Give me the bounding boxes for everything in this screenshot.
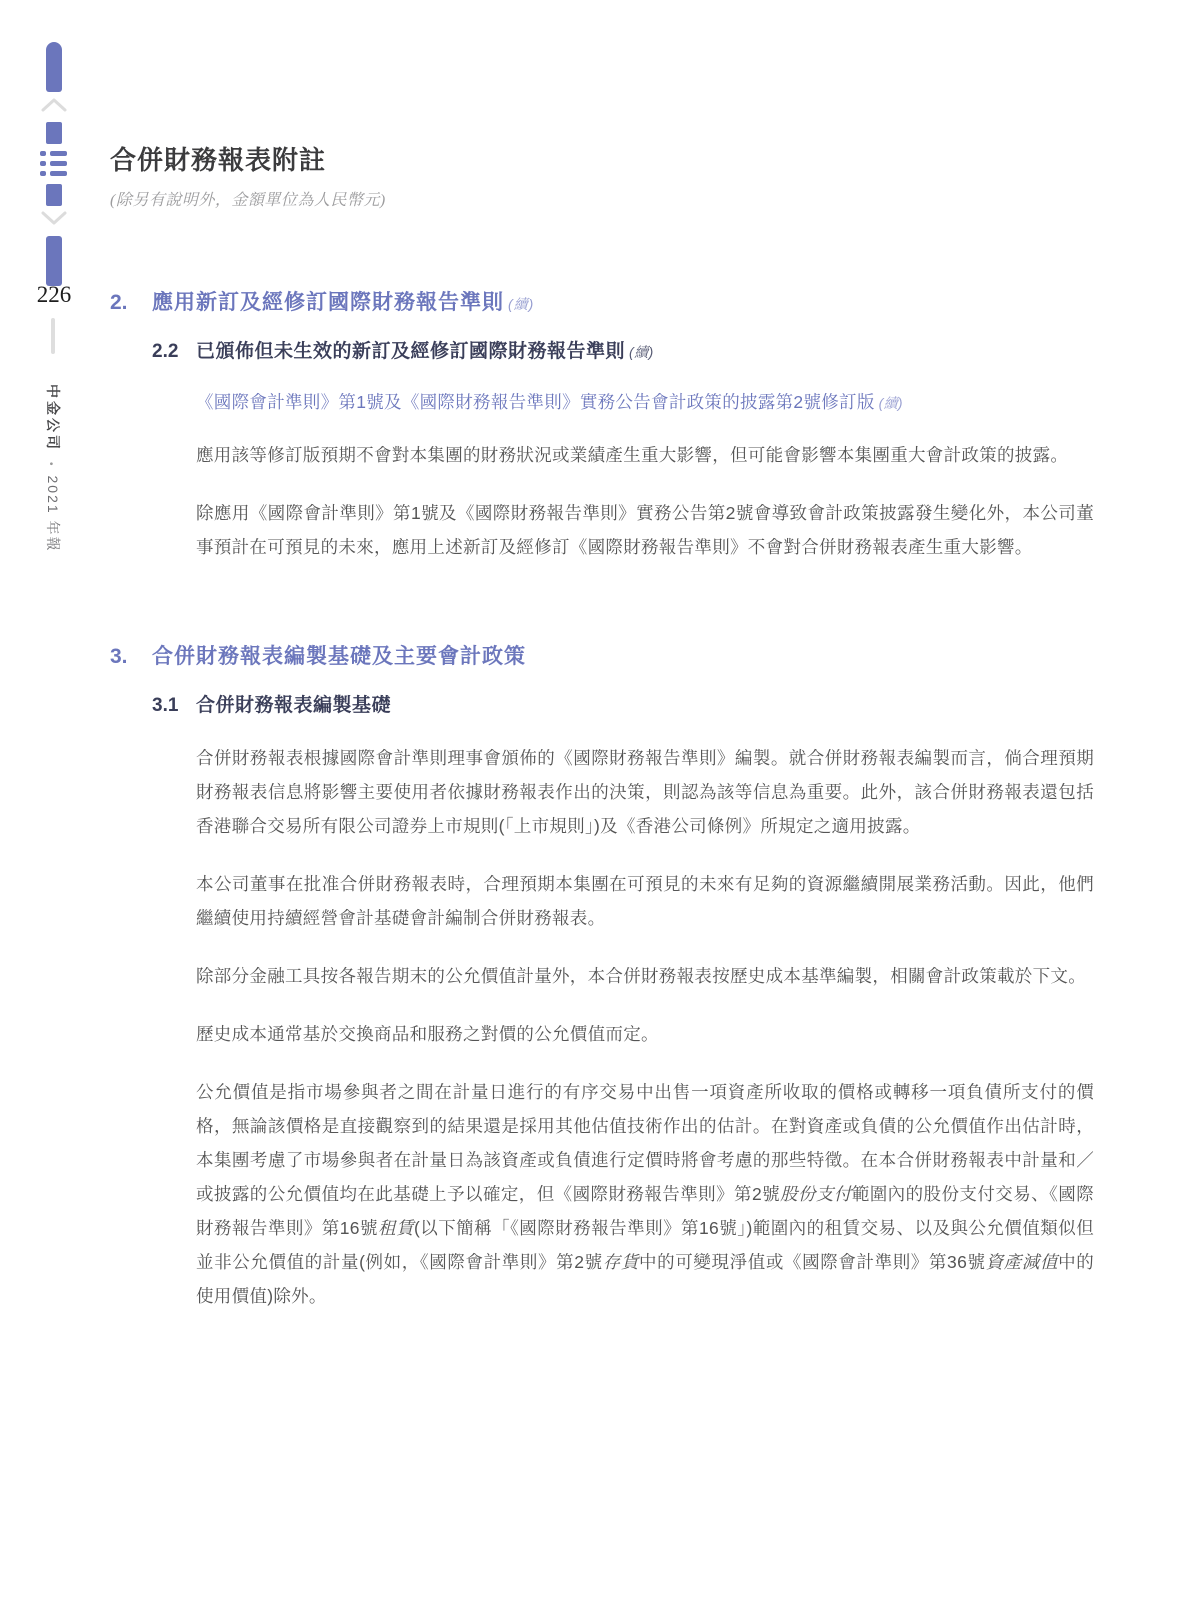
list-icon[interactable] <box>40 151 67 181</box>
paragraph-going-concern: 本公司董事在批准合併財務報表時，合理預期本集團在可預見的未來有足夠的資源繼續開展… <box>196 867 1094 935</box>
subsection-title-text: 已頒佈但未生效的新訂及經修訂國際財務報告準則 <box>196 341 625 362</box>
standard-topic-heading: 《國際會計準則》第1號及《國際財務報告準則》實務公告會計政策的披露第2號修訂版(… <box>196 389 1094 414</box>
continued-marker: (續) <box>629 344 654 360</box>
section-number: 2. <box>110 291 152 315</box>
page-subtitle: (除另有說明外，金額單位為人民幣元) <box>110 187 1094 210</box>
chevron-up-icon[interactable] <box>40 97 68 113</box>
section-2-heading: 2. 應用新訂及經修訂國際財務報告準則(續) <box>110 286 1094 316</box>
subsection-title-text: 合併財務報表編製基礎 <box>196 695 391 716</box>
section-title-text: 應用新訂及經修訂國際財務報告準則 <box>152 291 504 314</box>
section-3-1-heading: 3.1 合併財務報表編製基礎 <box>152 690 1094 717</box>
separator-dot: • <box>45 462 56 466</box>
section-3-heading: 3. 合併財務報表編製基礎及主要會計政策 <box>110 640 1094 670</box>
paragraph-historical-cost-basis: 除部分金融工具按各報告期末的公允價值計量外，本合併財務報表按歷史成本基準編製，相… <box>196 959 1094 993</box>
company-name: 中金公司 <box>45 384 61 452</box>
paragraph-historical-cost-definition: 歷史成本通常基於交換商品和服務之對價的公允價值而定。 <box>196 1017 1094 1051</box>
sidebar-rail: 226 中金公司•2021 年報 <box>0 0 110 1615</box>
subsection-title: 合併財務報表編製基礎 <box>196 690 391 717</box>
section-2-2-heading: 2.2 已頒佈但未生效的新訂及經修訂國際財務報告準則(續) <box>152 336 1094 363</box>
paragraph-directors-expectation: 除應用《國際會計準則》第1號及《國際財務報告準則》實務公告第2號會導致會計政策披… <box>196 496 1094 564</box>
paragraph-fair-value-definition: 公允價值是指市場參與者之間在計量日進行的有序交易中出售一項資產所收取的價格或轉移… <box>196 1075 1094 1313</box>
section-3: 3. 合併財務報表編製基礎及主要會計政策 3.1 合併財務報表編製基礎 合併財務… <box>110 640 1094 1313</box>
chevron-down-icon[interactable] <box>40 210 68 226</box>
section-2: 2. 應用新訂及經修訂國際財務報告準則(續) 2.2 已頒佈但未生效的新訂及經修… <box>110 286 1094 564</box>
standard-topic-title: 《國際會計準則》第1號及《國際財務報告準則》實務公告會計政策的披露第2號修訂版 <box>196 392 875 412</box>
subsection-title: 已頒佈但未生效的新訂及經修訂國際財務報告準則(續) <box>196 336 654 363</box>
subsection-number: 2.2 <box>152 341 196 363</box>
page-title: 合併財務報表附註 <box>110 140 1094 177</box>
list-icon-row <box>40 171 67 176</box>
paragraph-impact: 應用該等修訂版預期不會對本集團的財務狀況或業績產生重大影響，但可能會影響本集團重… <box>196 438 1094 472</box>
continued-marker: (續) <box>879 395 903 411</box>
rail-top-bar <box>46 42 62 92</box>
section-title: 合併財務報表編製基礎及主要會計政策 <box>152 640 526 670</box>
report-vertical-label: 中金公司•2021 年報 <box>41 384 62 553</box>
rail-block-top <box>46 122 62 144</box>
page-header: 合併財務報表附註 (除另有說明外，金額單位為人民幣元) <box>110 140 1094 210</box>
paragraph-preparation-basis: 合併財務報表根據國際會計準則理事會頒佈的《國際財務報告準則》編製。就合併財務報表… <box>196 741 1094 843</box>
section-title: 應用新訂及經修訂國際財務報告準則(續) <box>152 286 534 316</box>
list-icon-row <box>40 161 67 166</box>
subsection-number: 3.1 <box>152 695 196 717</box>
report-page: 226 中金公司•2021 年報 合併財務報表附註 (除另有說明外，金額單位為人… <box>0 0 1190 1615</box>
list-icon-row <box>40 151 67 156</box>
report-year: 2021 年報 <box>45 476 61 553</box>
rail-block-bottom <box>46 184 62 206</box>
continued-marker: (續) <box>508 296 534 312</box>
divider-line <box>51 318 55 354</box>
section-number: 3. <box>110 645 152 669</box>
section-title-text: 合併財務報表編製基礎及主要會計政策 <box>152 645 526 668</box>
rail-bottom-bar <box>46 236 62 286</box>
page-content: 合併財務報表附註 (除另有說明外，金額單位為人民幣元) 2. 應用新訂及經修訂國… <box>110 140 1094 1313</box>
page-number: 226 <box>28 282 80 308</box>
